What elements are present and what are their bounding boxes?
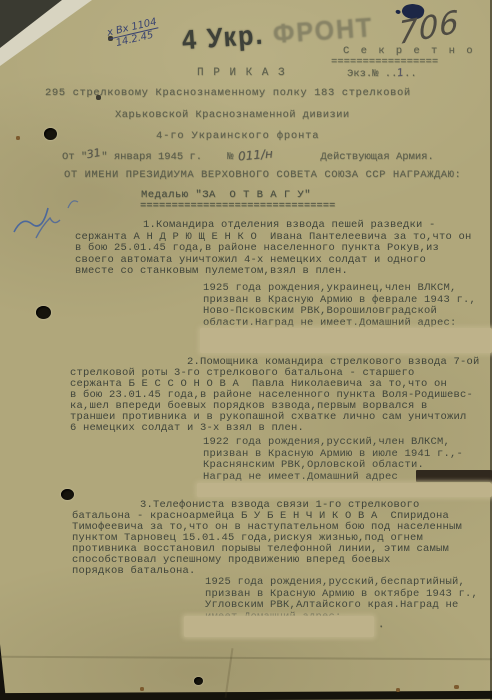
redaction-block (184, 616, 374, 637)
rust-speck (454, 685, 459, 689)
handwritten-order-number: 011/н (237, 147, 273, 164)
punch-hole (194, 677, 203, 685)
date-middle: " января 1945 г. № (101, 151, 233, 163)
scanned-order-page: { "document": { "registration_note": {"l… (0, 0, 492, 700)
punch-hole (36, 306, 51, 319)
citation-3-body: 3.Телефониста взвода связи 1-го стрелков… (72, 500, 462, 577)
redaction-block (200, 328, 492, 353)
addressee-line-2: Харьковской Краснознаменной дивизии (115, 109, 350, 121)
bio-line: Ново-Псковским РВК,Ворошиловградской (203, 306, 476, 318)
citation-line: вместе со станковым пулеметом,взял в пле… (75, 266, 472, 278)
bio-line: 1925 года рождения,украинец,член ВЛКСМ, (203, 283, 476, 295)
order-title: П Р И К А З (197, 67, 286, 79)
bio-line: 1922 года рождения,русский,член ВЛКСМ, (203, 437, 463, 449)
bio-line: Угловским РВК,Алтайского края.Наград не (205, 600, 478, 612)
army-note: Действующая Армия. (320, 151, 433, 163)
copy-number-line: Экз.№ ..1.. (347, 67, 417, 80)
scan-edge-bottom (0, 691, 492, 700)
medal-underline: =============================== (140, 200, 335, 212)
rust-speck (140, 687, 144, 691)
decree-line: ОТ ИМЕНИ ПРЕЗИДИУМА ВЕРХОВНОГО СОВЕТА СО… (64, 169, 461, 181)
stamp-text: 4 Укр. (181, 19, 274, 56)
rust-speck (16, 136, 20, 140)
citation-line: 1.Командира отделения взвода пешей разве… (75, 220, 472, 232)
copy-prefix: Экз.№ .. (347, 68, 397, 80)
citation-1-body: 1.Командира отделения взвода пешей разве… (75, 220, 472, 278)
citation-2-body: 2.Помощника командира стрелкового взвода… (70, 357, 480, 434)
redaction-block (197, 483, 492, 497)
addressee-line-1: 295 стрелковому Краснознаменному полку 1… (45, 87, 411, 99)
citation-line: в бою 25.01.45 года,в районе населенного… (75, 243, 472, 255)
citation-1-bio: 1925 года рождения,украинец,член ВЛКСМ, … (203, 283, 476, 329)
rust-speck (396, 688, 400, 692)
date-line: От "31" января 1945 г. №011/нДействующая… (62, 148, 434, 163)
redaction-block-dark (416, 470, 492, 482)
handwritten-day: 31 (86, 146, 102, 161)
punch-hole (44, 128, 57, 140)
punch-hole (61, 489, 74, 500)
stamp-text-faded: ФРОНТ (272, 12, 374, 49)
date-prefix: От " (62, 151, 87, 163)
bio-line: 1925 года рождения,русский,беспартийный, (205, 577, 478, 589)
addressee-line-3: 4-го Украинского фронта (156, 130, 319, 142)
copy-suffix: .. (404, 68, 417, 80)
trailing-period: . (378, 619, 384, 631)
citation-line: 6 немецких солдат и 3-х взял в плен. (70, 423, 480, 434)
